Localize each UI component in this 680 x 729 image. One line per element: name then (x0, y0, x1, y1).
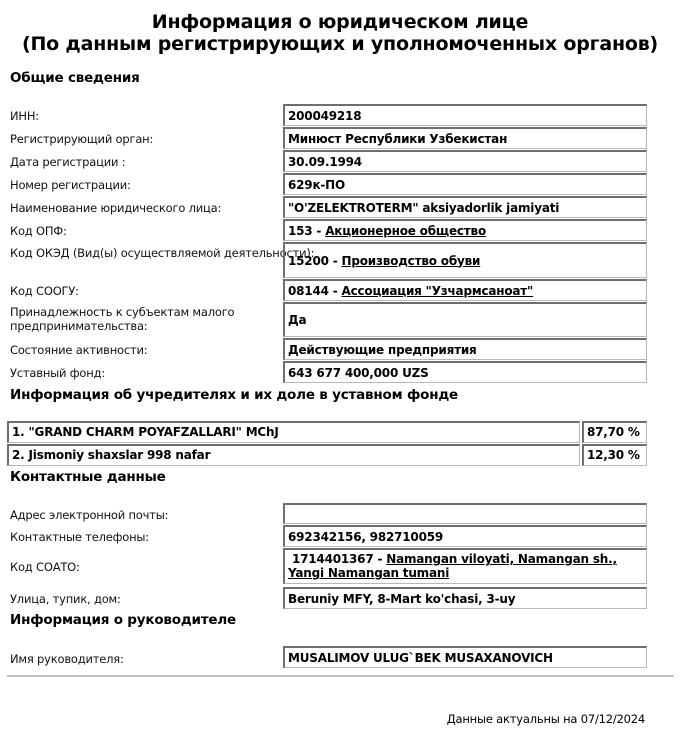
data-actual-date: Данные актуальны на 07/12/2024 (447, 712, 645, 726)
opf-code-value: 153 - Акционерное общество (283, 219, 647, 241)
oked-link[interactable]: Производство обуви (342, 254, 481, 268)
legal-name-label: Наименование юридического лица: (10, 201, 221, 215)
soogu-code-value: 08144 - Ассоциация "Узчармсаноат" (283, 279, 647, 301)
section-director-heading: Информация о руководителе (10, 612, 236, 628)
opf-link[interactable]: Акционерное общество (325, 224, 486, 238)
registration-date-label: Дата регистрации : (10, 155, 125, 169)
director-name-label: Имя руководителя: (10, 652, 124, 666)
oked-code-label: Код ОКЭД (Вид(ы) осуществляемой деятельн… (10, 246, 314, 260)
page-title: Информация о юридическом лице (По данным… (0, 11, 680, 55)
phones-value: 692342156, 982710059 (283, 525, 647, 547)
founder-share: 87,70 % (582, 421, 647, 443)
inn-label: ИНН: (10, 109, 39, 123)
oked-code-value: 15200 - Производство обуви (283, 242, 647, 278)
founder-share: 12,30 % (582, 444, 647, 466)
section-general-heading: Общие сведения (10, 70, 140, 86)
section-contacts-heading: Контактные данные (10, 469, 166, 485)
opf-code-label: Код ОПФ: (10, 224, 67, 238)
soato-label: Код СОАТО: (10, 560, 80, 574)
director-name-value: MUSALIMOV ULUG`BEK MUSAXANOVICH (283, 646, 647, 668)
registration-number-label: Номер регистрации: (10, 178, 131, 192)
charter-fund-value: 643 677 400,000 UZS (283, 361, 647, 383)
page-title-line1: Информация о юридическом лице (0, 11, 680, 33)
page-title-line2: (По данным регистрирующих и уполномоченн… (0, 33, 680, 55)
activity-status-value: Действующие предприятия (283, 338, 647, 360)
legal-name-value: "O'ZELEKTROTERM" aksiyadorlik jamiyati (283, 196, 647, 218)
phones-label: Контактные телефоны: (10, 530, 149, 544)
divider (7, 675, 674, 677)
street-label: Улица, тупик, дом: (10, 592, 121, 606)
founder-name: 2. Jismoniy shaxslar 998 nafar (7, 444, 580, 466)
registration-number-value: 629к-ПО (283, 173, 647, 195)
founder-name: 1. "GRAND CHARM POYAFZALLARI" MChJ (7, 421, 580, 443)
charter-fund-label: Уставный фонд: (10, 366, 105, 380)
registration-date-value: 30.09.1994 (283, 150, 647, 172)
opf-code: 153 (288, 224, 312, 238)
soato-code: 1714401367 (292, 552, 374, 566)
soogu-code: 08144 (288, 284, 329, 298)
soogu-link[interactable]: Ассоциация "Узчармсаноат" (342, 284, 534, 298)
street-value: Beruniy MFY, 8-Mart ko'chasi, 3-uy (283, 587, 647, 609)
small-business-value: Да (283, 302, 647, 337)
small-business-label: Принадлежность к субъектам малого предпр… (10, 305, 240, 333)
soato-value: 1714401367 - Namangan viloyati, Namangan… (283, 548, 647, 584)
activity-status-label: Состояние активности: (10, 343, 147, 357)
inn-value: 200049218 (283, 104, 647, 126)
soogu-code-label: Код СООГУ: (10, 284, 79, 298)
oked-code: 15200 (288, 254, 329, 268)
section-founders-heading: Информация об учредителях и их доле в ус… (10, 387, 458, 403)
registering-authority-value: Минюст Республики Узбекистан (283, 127, 647, 149)
email-label: Адрес электронной почты: (10, 508, 168, 522)
email-value (283, 503, 647, 524)
registering-authority-label: Регистрирующий орган: (10, 132, 153, 146)
